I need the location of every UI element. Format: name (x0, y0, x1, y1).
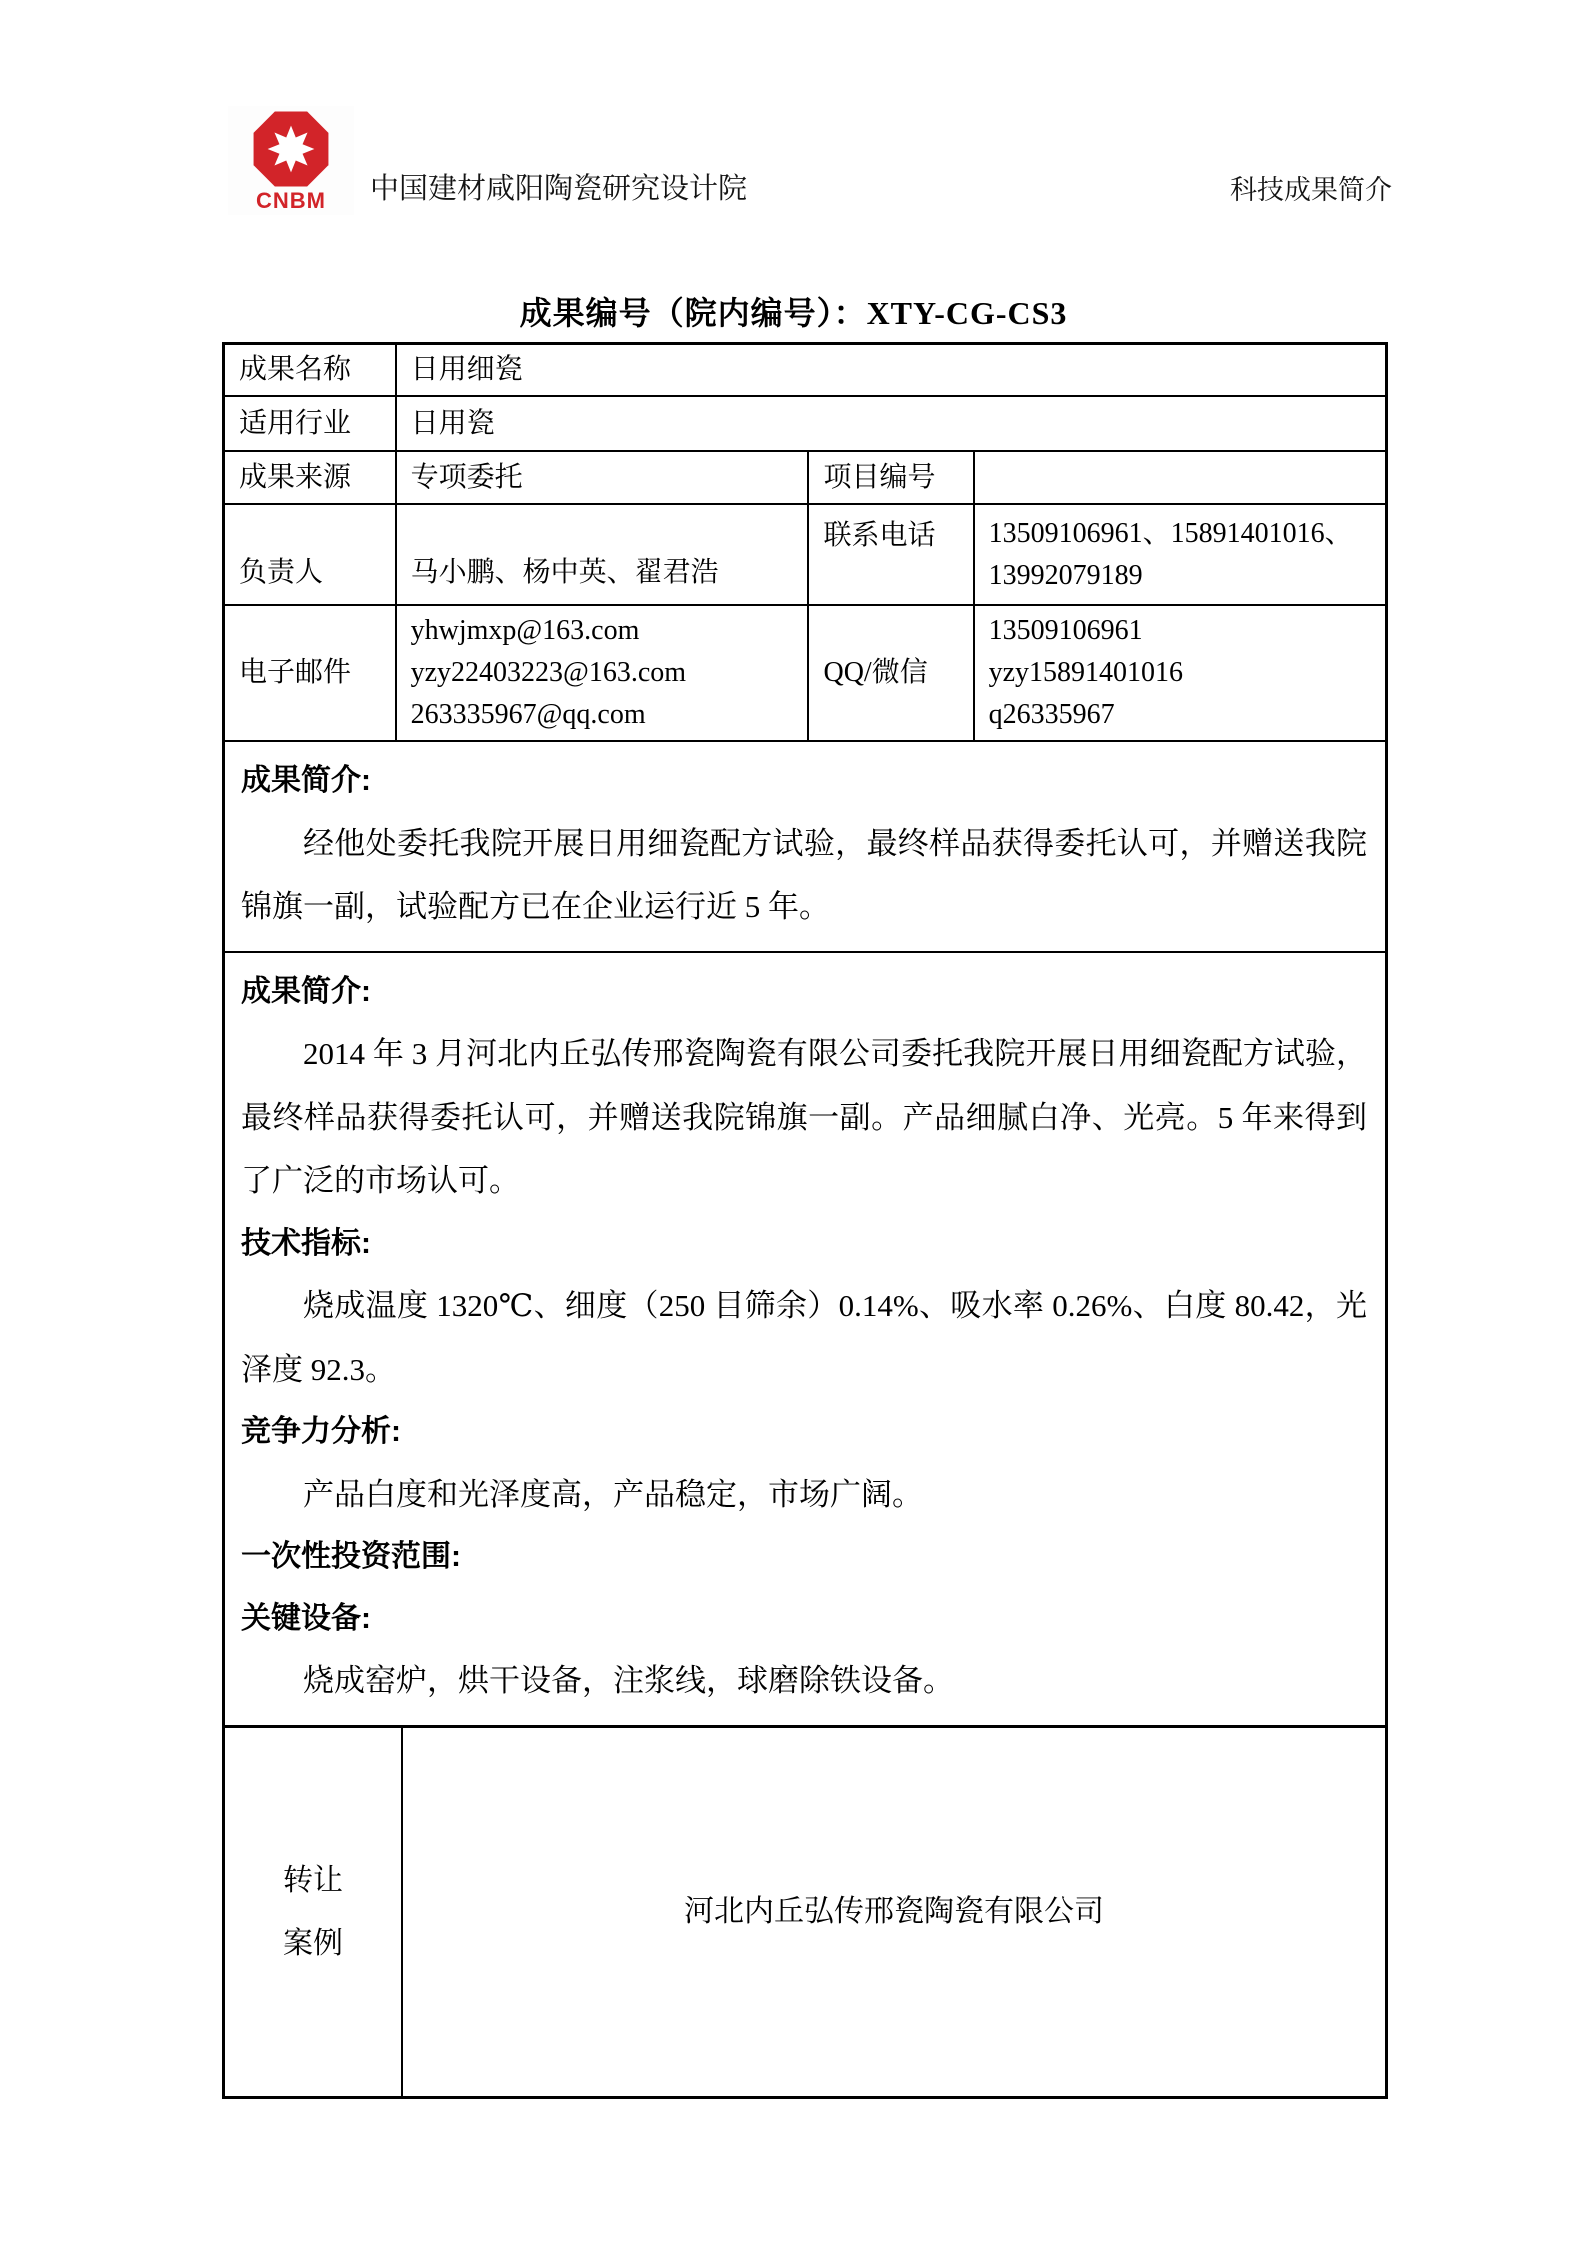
phone-label: 联系电话 (808, 504, 973, 605)
details-section: 成果简介: 2014 年 3 月河北内丘弘传邢瓷陶瓷有限公司委托我院开展日用细瓷… (224, 952, 1387, 1727)
document-type-label: 科技成果简介 (1230, 168, 1392, 215)
row-email: 电子邮件 yhwjmxp@163.com yzy22403223@163.com… (224, 605, 1387, 741)
row-details: 成果简介: 2014 年 3 月河北内丘弘传邢瓷陶瓷有限公司委托我院开展日用细瓷… (224, 952, 1387, 1727)
project-number-value (974, 451, 1387, 504)
document-body: 成果名称 日用细瓷 适用行业 日用瓷 成果来源 专项委托 项目编号 负责人 马小… (222, 342, 1388, 2099)
info-table: 成果名称 日用细瓷 适用行业 日用瓷 成果来源 专项委托 项目编号 负责人 马小… (222, 342, 1388, 1728)
document-page: CNBM 中国建材咸阳陶瓷研究设计院 科技成果简介 成果编号（院内编号）：XTY… (0, 0, 1587, 2245)
row-achievement-name: 成果名称 日用细瓷 (224, 344, 1387, 397)
leader-value: 马小鹏、杨中英、翟君浩 (396, 504, 809, 605)
transfer-table: 转让 案例 河北内丘弘传邢瓷陶瓷有限公司 (222, 1725, 1388, 2099)
section-heading: 成果简介: (241, 750, 1367, 812)
qq-wechat-value: 13509106961 yzy15891401016 q26335967 (974, 605, 1387, 741)
page-header: CNBM 中国建材咸阳陶瓷研究设计院 科技成果简介 (228, 106, 1392, 215)
row-transfer-cases: 转让 案例 河北内丘弘传邢瓷陶瓷有限公司 (224, 1726, 1387, 2097)
achievement-name-value: 日用细瓷 (396, 344, 1387, 397)
transfer-cases-label: 转让 案例 (224, 1726, 403, 2097)
section-body: 烧成窑炉，烘干设备，注浆线，球磨除铁设备。 (241, 1649, 1367, 1713)
source-label: 成果来源 (224, 451, 396, 504)
phone-value: 13509106961、15891401016、 13992079189 (974, 504, 1387, 605)
email-label: 电子邮件 (224, 605, 396, 741)
project-number-label: 项目编号 (808, 451, 973, 504)
section-heading: 关键设备: (241, 1588, 1367, 1650)
cnbm-logo: CNBM (228, 106, 354, 215)
industry-label: 适用行业 (224, 396, 396, 451)
transfer-cases-value: 河北内丘弘传邢瓷陶瓷有限公司 (402, 1726, 1387, 2097)
section-body: 产品白度和光泽度高，产品稳定，市场广阔。 (241, 1463, 1367, 1527)
section-body: 烧成温度 1320℃、细度（250 目筛余）0.14%、吸水率 0.26%、白度… (241, 1274, 1367, 1401)
section-heading: 竞争力分析: (241, 1401, 1367, 1463)
qq-wechat-label: QQ/微信 (808, 605, 973, 741)
achievement-name-label: 成果名称 (224, 344, 396, 397)
page-title: 成果编号（院内编号）：XTY-CG-CS3 (0, 288, 1587, 334)
section-heading: 一次性投资范围: (241, 1526, 1367, 1588)
section-body: 经他处委托我院开展日用细瓷配方试验，最终样品获得委托认可，并赠送我院锦旗一副，试… (241, 812, 1367, 939)
row-source: 成果来源 专项委托 项目编号 (224, 451, 1387, 504)
organization-name: 中国建材咸阳陶瓷研究设计院 (370, 166, 747, 215)
cnbm-logo-text: CNBM (256, 189, 326, 213)
row-leader: 负责人 马小鹏、杨中英、翟君浩 联系电话 13509106961、1589140… (224, 504, 1387, 605)
row-brief-1: 成果简介: 经他处委托我院开展日用细瓷配方试验，最终样品获得委托认可，并赠送我院… (224, 741, 1387, 952)
industry-value: 日用瓷 (396, 396, 1387, 451)
brief-section-1: 成果简介: 经他处委托我院开展日用细瓷配方试验，最终样品获得委托认可，并赠送我院… (224, 741, 1387, 952)
cnbm-octagon-star-icon (252, 110, 330, 188)
source-value: 专项委托 (396, 451, 809, 504)
leader-label: 负责人 (224, 504, 396, 605)
row-industry: 适用行业 日用瓷 (224, 396, 1387, 451)
section-heading: 成果简介: (241, 961, 1367, 1023)
email-value: yhwjmxp@163.com yzy22403223@163.com 2633… (396, 605, 809, 741)
section-heading: 技术指标: (241, 1213, 1367, 1275)
section-body: 2014 年 3 月河北内丘弘传邢瓷陶瓷有限公司委托我院开展日用细瓷配方试验，最… (241, 1022, 1367, 1213)
